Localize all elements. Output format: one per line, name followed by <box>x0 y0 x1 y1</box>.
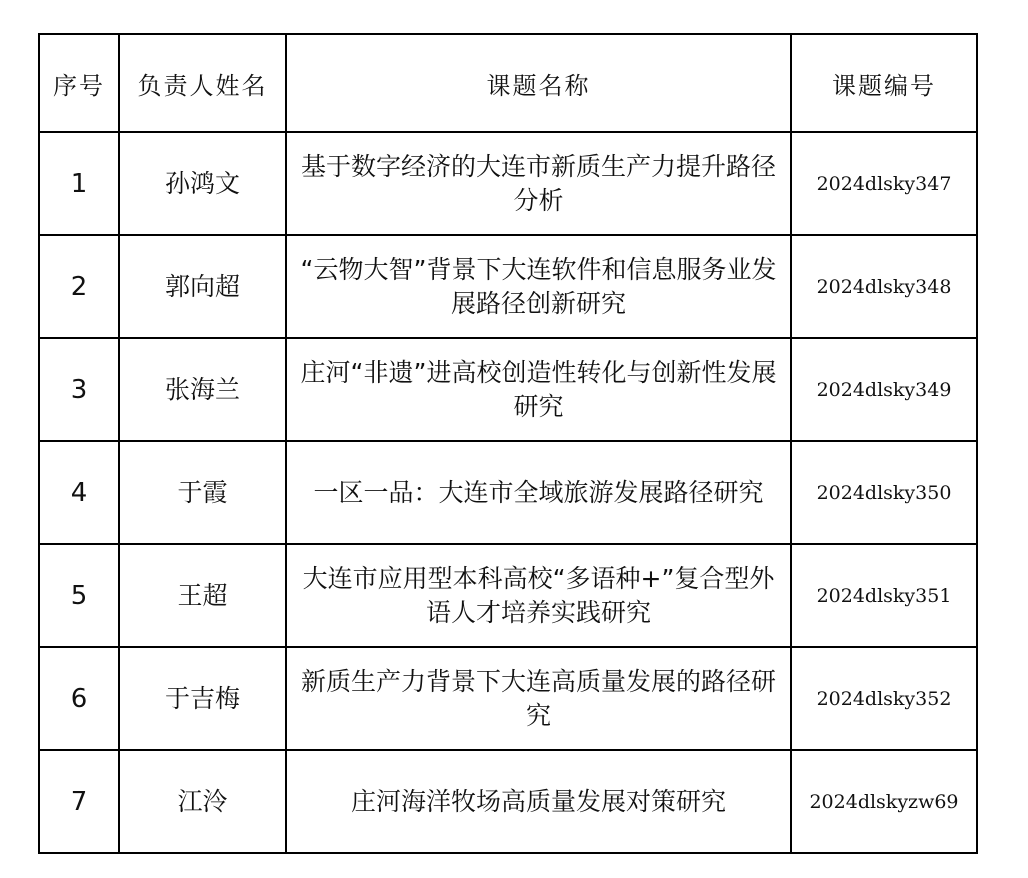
cell-index: 6 <box>39 647 119 750</box>
header-code: 课题编号 <box>791 34 977 132</box>
cell-code: 2024dlskyzw69 <box>791 750 977 853</box>
table-row: 1 孙鸿文 基于数字经济的大连市新质生产力提升路径分析 2024dlsky347 <box>39 132 977 235</box>
cell-code: 2024dlsky348 <box>791 235 977 338</box>
cell-code: 2024dlsky347 <box>791 132 977 235</box>
cell-title: 一区一品：大连市全域旅游发展路径研究 <box>286 441 791 544</box>
cell-leader: 于吉梅 <box>119 647 286 750</box>
project-table: 序号 负责人姓名 课题名称 课题编号 1 孙鸿文 基于数字经济的大连市新质生产力… <box>38 33 978 854</box>
header-leader: 负责人姓名 <box>119 34 286 132</box>
table-header-row: 序号 负责人姓名 课题名称 课题编号 <box>39 34 977 132</box>
table-row: 6 于吉梅 新质生产力背景下大连高质量发展的路径研究 2024dlsky352 <box>39 647 977 750</box>
header-title: 课题名称 <box>286 34 791 132</box>
cell-title: 基于数字经济的大连市新质生产力提升路径分析 <box>286 132 791 235</box>
cell-index: 5 <box>39 544 119 647</box>
cell-code: 2024dlsky352 <box>791 647 977 750</box>
cell-index: 1 <box>39 132 119 235</box>
cell-index: 3 <box>39 338 119 441</box>
table-row: 4 于霞 一区一品：大连市全域旅游发展路径研究 2024dlsky350 <box>39 441 977 544</box>
table-row: 2 郭向超 “云物大智”背景下大连软件和信息服务业发展路径创新研究 2024dl… <box>39 235 977 338</box>
cell-code: 2024dlsky349 <box>791 338 977 441</box>
cell-index: 2 <box>39 235 119 338</box>
header-index: 序号 <box>39 34 119 132</box>
cell-code: 2024dlsky350 <box>791 441 977 544</box>
cell-leader: 江泠 <box>119 750 286 853</box>
cell-title: 新质生产力背景下大连高质量发展的路径研究 <box>286 647 791 750</box>
cell-index: 7 <box>39 750 119 853</box>
cell-title: “云物大智”背景下大连软件和信息服务业发展路径创新研究 <box>286 235 791 338</box>
cell-title: 庄河“非遗”进高校创造性转化与创新性发展研究 <box>286 338 791 441</box>
cell-title: 大连市应用型本科高校“多语种+”复合型外语人才培养实践研究 <box>286 544 791 647</box>
cell-leader: 郭向超 <box>119 235 286 338</box>
table-row: 5 王超 大连市应用型本科高校“多语种+”复合型外语人才培养实践研究 2024d… <box>39 544 977 647</box>
table-row: 3 张海兰 庄河“非遗”进高校创造性转化与创新性发展研究 2024dlsky34… <box>39 338 977 441</box>
cell-leader: 张海兰 <box>119 338 286 441</box>
cell-leader: 于霞 <box>119 441 286 544</box>
cell-title: 庄河海洋牧场高质量发展对策研究 <box>286 750 791 853</box>
table-row: 7 江泠 庄河海洋牧场高质量发展对策研究 2024dlskyzw69 <box>39 750 977 853</box>
cell-index: 4 <box>39 441 119 544</box>
cell-leader: 王超 <box>119 544 286 647</box>
cell-code: 2024dlsky351 <box>791 544 977 647</box>
cell-leader: 孙鸿文 <box>119 132 286 235</box>
